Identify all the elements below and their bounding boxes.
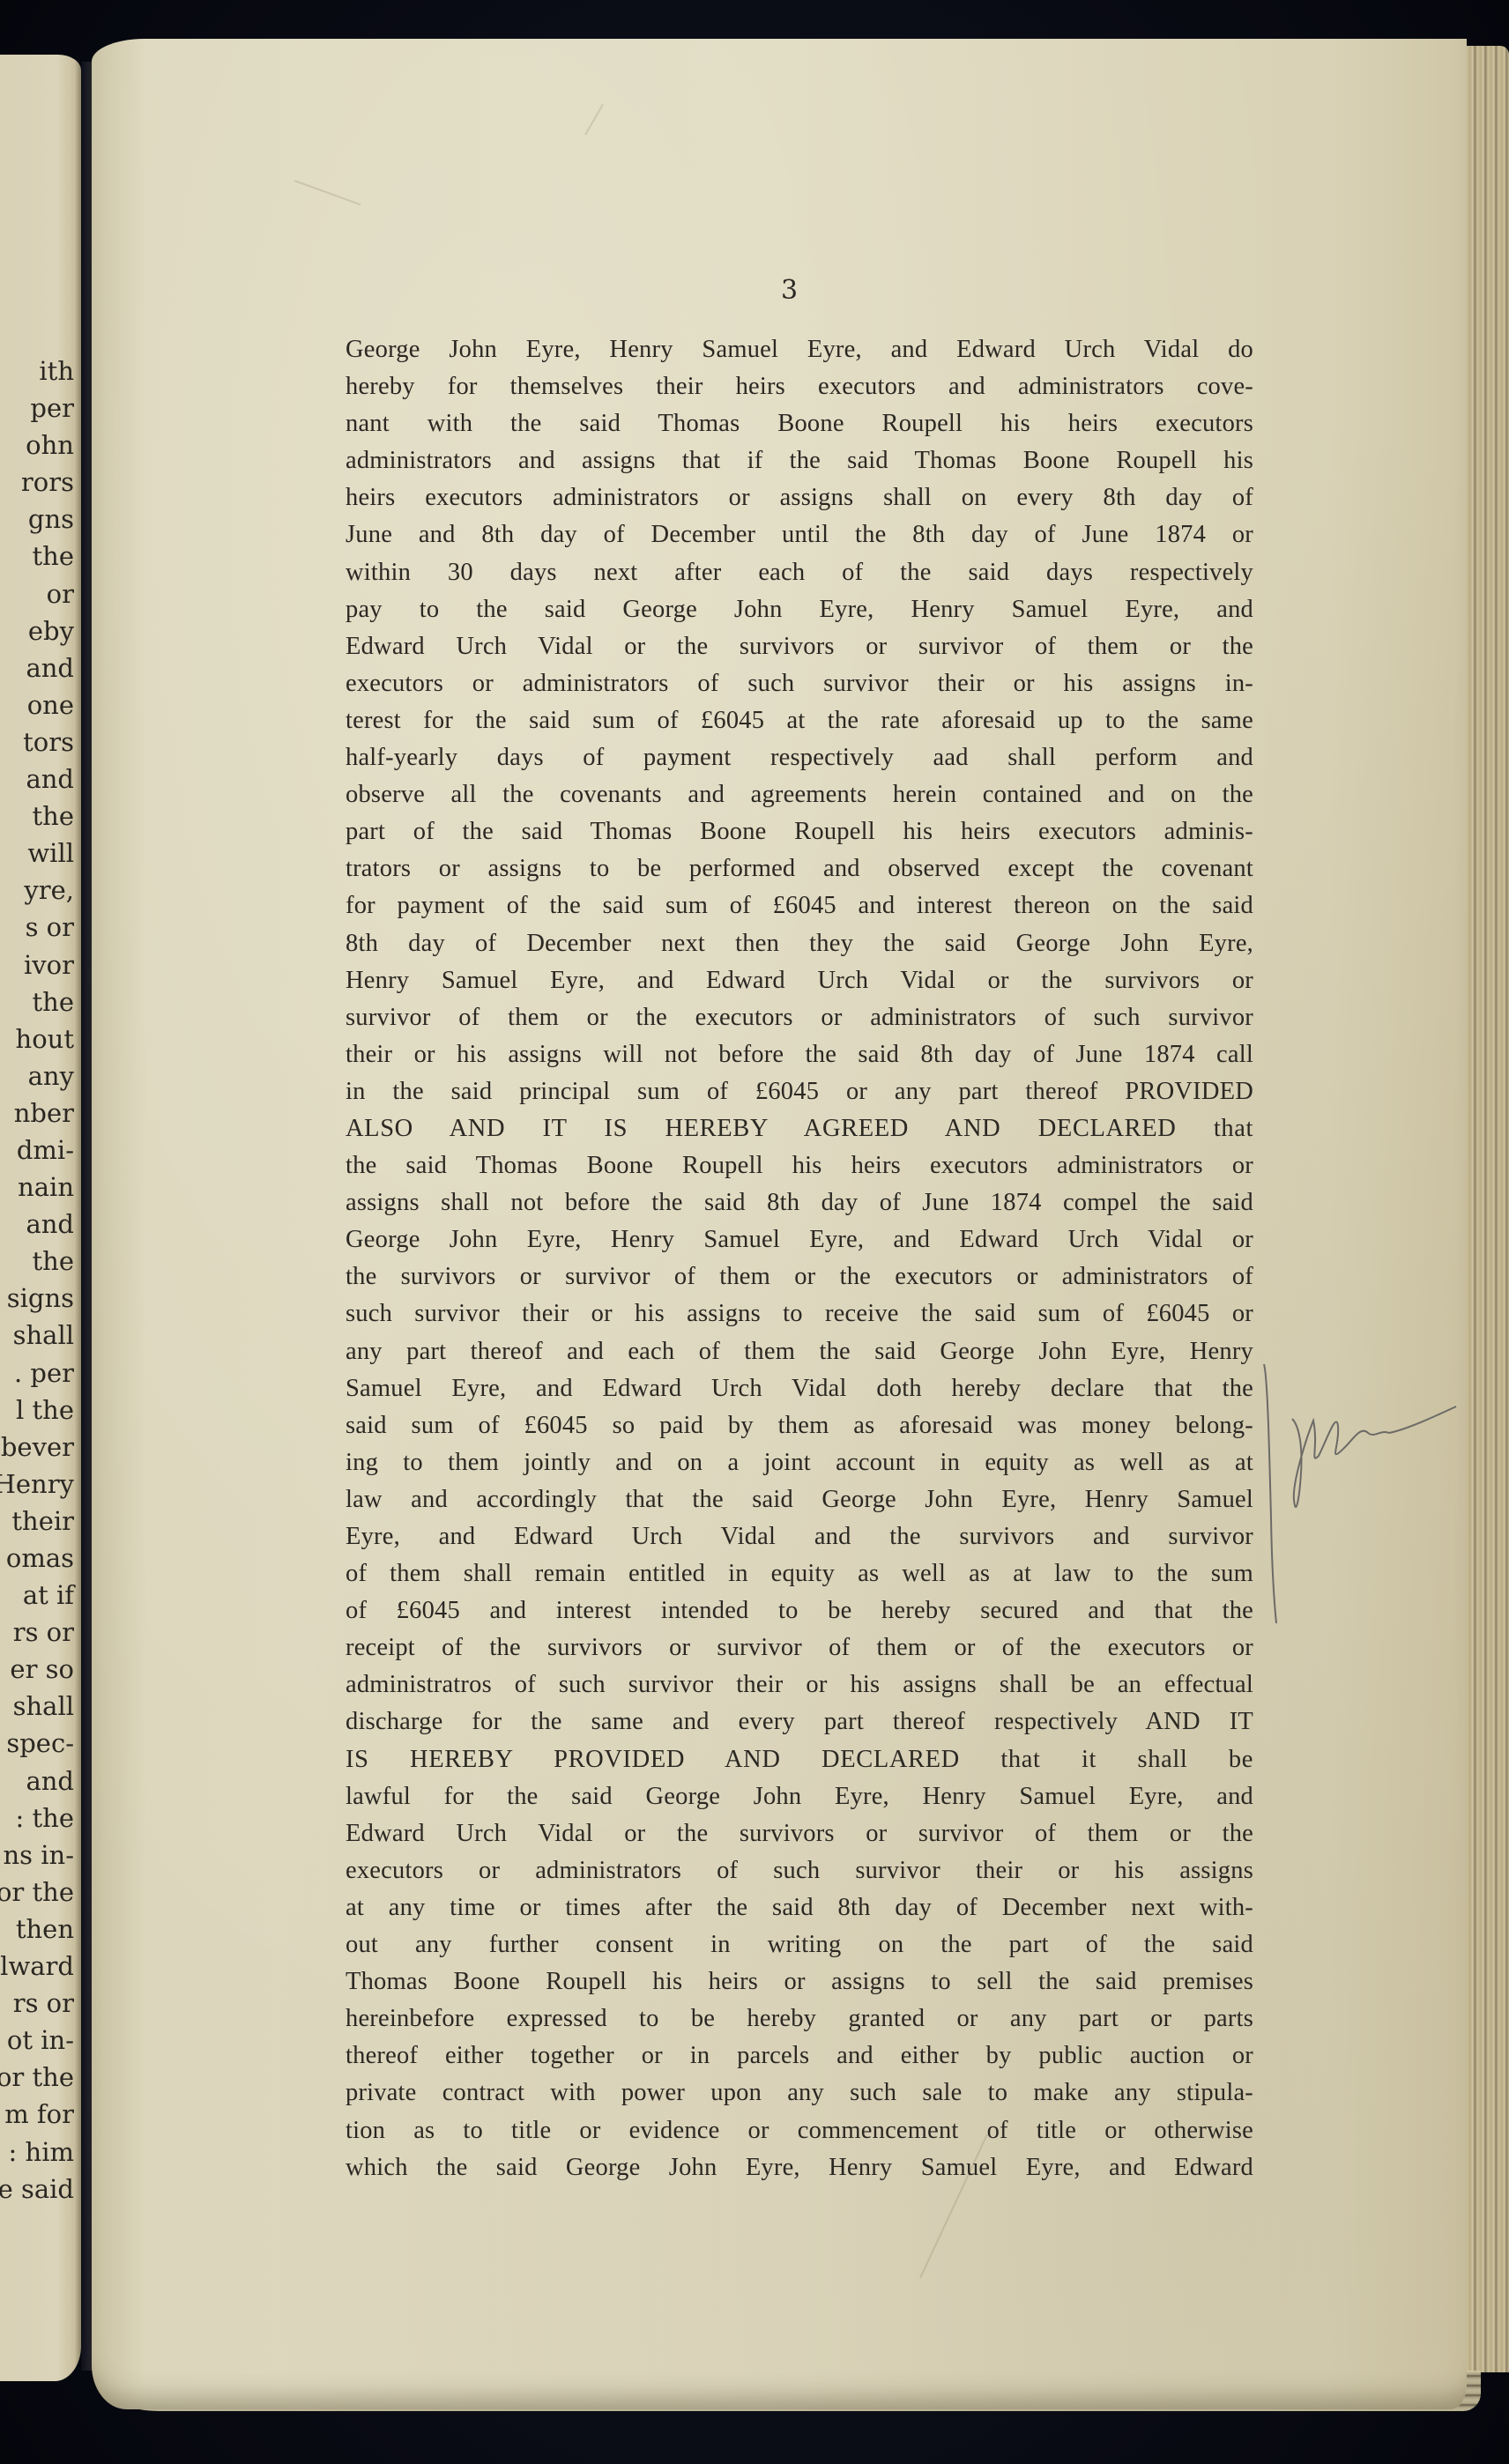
left-page-fragment: will [0, 835, 74, 872]
text-line: observe all the covenants and agreements… [346, 776, 1253, 813]
text-line: in the said principal sum of £6045 or an… [346, 1073, 1253, 1110]
left-page-fragment: : him [0, 2134, 74, 2171]
text-line: Eyre, and Edward Urch Vidal and the surv… [346, 1518, 1253, 1555]
text-line: for payment of the said sum of £6045 and… [346, 887, 1253, 924]
text-line: pay to the said George John Eyre, Henry … [346, 591, 1253, 628]
left-page-fragment: ohn [0, 427, 74, 464]
text-line: thereof either together or in parcels an… [346, 2037, 1253, 2074]
text-line: Samuel Eyre, and Edward Urch Vidal doth … [346, 1370, 1253, 1407]
text-line: law and accordingly that the said George… [346, 1481, 1253, 1518]
text-line: half-yearly days of payment respectively… [346, 739, 1253, 776]
text-line: assigns shall not before the said 8th da… [346, 1184, 1253, 1221]
left-page-fragment: rs or [0, 1985, 74, 2022]
text-line: receipt of the survivors or survivor of … [346, 1629, 1253, 1666]
text-line: at any time or times after the said 8th … [346, 1889, 1253, 1926]
left-page-fragment: yre, [0, 872, 74, 909]
text-line: such survivor their or his assigns to re… [346, 1295, 1253, 1332]
text-line: administrators and assigns that if the s… [346, 442, 1253, 479]
left-page-fragment: any [0, 1058, 74, 1095]
left-page-fragment: and [0, 1206, 74, 1243]
text-line: of them shall remain entitled in equity … [346, 1555, 1253, 1592]
text-line: hereby for themselves their heirs execut… [346, 368, 1253, 405]
left-page-fragment: . per [0, 1354, 74, 1392]
left-page-fragment: signs [0, 1280, 74, 1317]
text-line: George John Eyre, Henry Samuel Eyre, and… [346, 331, 1253, 368]
left-page-fragment: m for [0, 2096, 74, 2133]
text-line: ALSO AND IT IS HEREBY AGREED AND DECLARE… [346, 1110, 1253, 1147]
left-page-text-fragments: ithperohnrorsgnstheorebyandonetorsandthe… [0, 353, 74, 2208]
text-line: the survivors or survivor of them or the… [346, 1258, 1253, 1295]
paper-crease [294, 180, 361, 205]
left-page-fragment: then [0, 1911, 74, 1948]
left-page-fragment: er so [0, 1651, 74, 1688]
left-page-fragment: and [0, 649, 74, 687]
text-line: Edward Urch Vidal or the survivors or su… [346, 628, 1253, 665]
left-page-fragment: l the [0, 1392, 74, 1429]
text-line: which the said George John Eyre, Henry S… [346, 2149, 1253, 2186]
text-line: 8th day of December next then they the s… [346, 925, 1253, 962]
text-line: IS HEREBY PROVIDED AND DECLARED that it … [346, 1741, 1253, 1778]
left-page-fragment: or the [0, 1874, 74, 1911]
text-line: lawful for the said George John Eyre, He… [346, 1778, 1253, 1815]
text-line: the said Thomas Boone Roupell his heirs … [346, 1147, 1253, 1184]
text-line: administratros of such survivor their or… [346, 1666, 1253, 1703]
left-page-fragment: one [0, 687, 74, 724]
text-line: Thomas Boone Roupell his heirs or assign… [346, 1963, 1253, 2000]
left-page-fragment: rs or [0, 1614, 74, 1651]
left-page-fragment: spec- [0, 1725, 74, 1762]
left-page-fragment: or [0, 575, 74, 612]
text-line: June and 8th day of December until the 8… [346, 516, 1253, 553]
left-page-fragment: the [0, 538, 74, 575]
text-line: ing to them jointly and on a joint accou… [346, 1444, 1253, 1481]
left-page-fragment: per [0, 390, 74, 427]
paper-crease [584, 104, 604, 136]
left-page-fragment: omas [0, 1540, 74, 1577]
left-page-fragment: nain [0, 1169, 74, 1206]
left-page-fragment: and [0, 1763, 74, 1800]
left-page-fragment: the [0, 798, 74, 835]
left-page-fragment: at if [0, 1577, 74, 1614]
page-number: 3 [781, 275, 798, 306]
text-line: hereinbefore expressed to be hereby gran… [346, 2000, 1253, 2037]
left-page-fragment: the [0, 1243, 74, 1280]
left-page-fragment: shall [0, 1317, 74, 1354]
left-page: ithperohnrorsgnstheorebyandonetorsandthe… [0, 55, 81, 2381]
left-page-fragment: e said [0, 2171, 74, 2208]
text-line: nant with the said Thomas Boone Roupell … [346, 405, 1253, 442]
text-line: of £6045 and interest intended to be her… [346, 1592, 1253, 1629]
left-page-fragment: gns [0, 501, 74, 538]
left-page-fragment: : the [0, 1800, 74, 1837]
text-line: any part thereof and each of them the sa… [346, 1333, 1253, 1370]
text-line: part of the said Thomas Boone Roupell hi… [346, 813, 1253, 850]
left-page-fragment: ns in- [0, 1837, 74, 1874]
left-page-fragment: shall [0, 1688, 74, 1725]
text-line: tion as to title or evidence or commence… [346, 2112, 1253, 2149]
document-body: George John Eyre, Henry Samuel Eyre, and… [346, 331, 1253, 2186]
left-page-fragment: bever [0, 1429, 74, 1466]
left-page-fragment: Henry [0, 1466, 74, 1503]
text-line: executors or administrators of such surv… [346, 665, 1253, 702]
left-page-fragment: tors [0, 724, 74, 761]
left-page-fragment: or the [0, 2059, 74, 2096]
text-line: heirs executors administrators or assign… [346, 479, 1253, 516]
text-line: within 30 days next after each of the sa… [346, 554, 1253, 591]
text-line: Henry Samuel Eyre, and Edward Urch Vidal… [346, 962, 1253, 999]
text-line: private contract with power upon any suc… [346, 2074, 1253, 2111]
text-line: trators or assigns to be performed and o… [346, 850, 1253, 887]
text-line: discharge for the same and every part th… [346, 1703, 1253, 1740]
text-line: George John Eyre, Henry Samuel Eyre, and… [346, 1221, 1253, 1258]
text-line: Edward Urch Vidal or the survivors or su… [346, 1815, 1253, 1852]
left-page-fragment: ivor [0, 946, 74, 983]
left-page-fragment: ot in- [0, 2022, 74, 2059]
left-page-fragment: s or [0, 909, 74, 946]
left-page-fragment: ith [0, 353, 74, 390]
left-page-fragment: nber [0, 1095, 74, 1132]
left-page-fragment: lward [0, 1948, 74, 1985]
left-page-fragment: and [0, 761, 74, 798]
left-page-fragment: the [0, 983, 74, 1020]
left-page-fragment: their [0, 1503, 74, 1540]
text-line: said sum of £6045 so paid by them as afo… [346, 1407, 1253, 1444]
pencil-margin-annotation [1257, 1341, 1460, 1632]
left-page-fragment: eby [0, 612, 74, 649]
text-line: out any further consent in writing on th… [346, 1926, 1253, 1963]
text-line: terest for the said sum of £6045 at the … [346, 702, 1253, 739]
left-page-fragment: hout [0, 1020, 74, 1058]
text-line: executors or administrators of such surv… [346, 1852, 1253, 1889]
left-page-fragment: dmi- [0, 1132, 74, 1169]
text-line: survivor of them or the executors or adm… [346, 999, 1253, 1036]
text-line: their or his assigns will not before the… [346, 1036, 1253, 1073]
left-page-fragment: rors [0, 464, 74, 501]
